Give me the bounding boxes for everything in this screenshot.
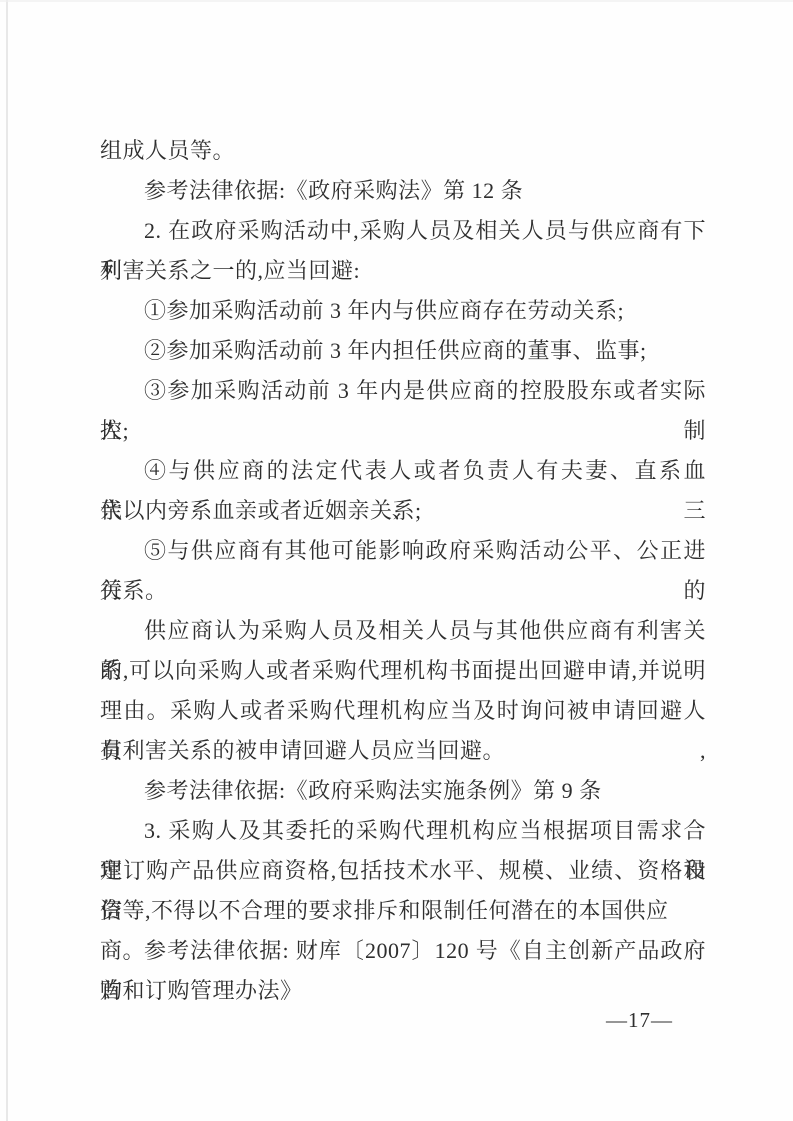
text-line: 信等,不得以不合理的要求排斥和限制任何潜在的本国供应商。 xyxy=(100,891,706,931)
text-line: 利害关系之一的,应当回避: xyxy=(100,251,706,291)
scan-edge-left xyxy=(6,0,8,1121)
text-line: 2. 在政府采购活动中,采购人员及相关人员与供应商有下列 xyxy=(100,211,706,251)
text-line: 参考法律依据: 财库〔2007〕120 号《自主创新产品政府首 xyxy=(100,931,706,971)
text-line: 参考法律依据:《政府采购法》第 12 条 xyxy=(100,171,706,211)
text-line: 参考法律依据:《政府采购法实施条例》第 9 条 xyxy=(100,771,706,811)
text-line: ④与供应商的法定代表人或者负责人有夫妻、直系血亲、三 xyxy=(100,451,706,491)
page-number: —17— xyxy=(606,1006,673,1034)
text-line: ⑤与供应商有其他可能影响政府采购活动公平、公正进行的 xyxy=(100,531,706,571)
text-line: 购和订购管理办法》 xyxy=(100,971,706,1011)
document-page: 组成人员等。 参考法律依据:《政府采购法》第 12 条 2. 在政府采购活动中,… xyxy=(0,0,793,1121)
text-line: 供应商认为采购人员及相关人员与其他供应商有利害关系 xyxy=(100,611,706,651)
text-line: 定订购产品供应商资格,包括技术水平、规模、业绩、资格和资 xyxy=(100,851,706,891)
text-line: 的,可以向采购人或者采购代理机构书面提出回避申请,并说明 xyxy=(100,651,706,691)
text-line: ②参加采购活动前 3 年内担任供应商的董事、监事; xyxy=(100,331,706,371)
text-line: 组成人员等。 xyxy=(100,131,706,171)
text-line: ③参加采购活动前 3 年内是供应商的控股股东或者实际控制 xyxy=(100,371,706,411)
text-line: ①参加采购活动前 3 年内与供应商存在劳动关系; xyxy=(100,291,706,331)
document-body: 组成人员等。 参考法律依据:《政府采购法》第 12 条 2. 在政府采购活动中,… xyxy=(100,131,706,1011)
text-line: 3. 采购人及其委托的采购代理机构应当根据项目需求合理设 xyxy=(100,811,706,851)
text-line: 理由。采购人或者采购代理机构应当及时询问被申请回避人员, xyxy=(100,691,706,731)
scan-edge-top xyxy=(0,0,793,2)
